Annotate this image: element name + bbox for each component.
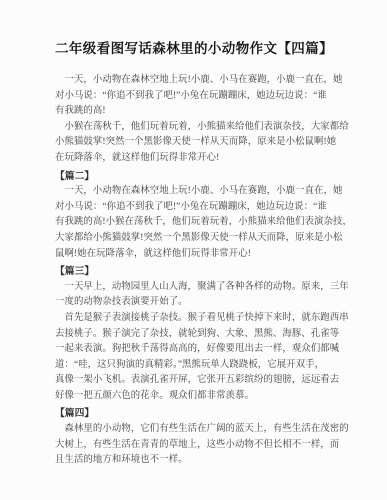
document-page: 二年级看图写话森林里的小动物作文【四篇】 一天，小动物在森林空地上玩!小鹿、小马… (0, 0, 387, 500)
essay-paragraph-6: 森林里的小动物，它们有些生活在广阔的蓝天上，有些生活在茂密的 大树上，有些生活在… (55, 422, 332, 469)
essay-paragraph-2: 小猴在荡秋千，他们玩着玩着，小熊猫来给他们表演杂技，大家都给 小熊猫鼓掌!突然一… (55, 120, 332, 167)
essay-paragraph-4: 一天早上，动物园里人山人海，聚满了各种各样的动物。原来，三年 一度的动物杂技表演… (55, 280, 332, 311)
section-heading-part2: 【篇二】 (55, 169, 332, 185)
essay-paragraph-5: 首先是猴子表演接桃子杂技。猴子看见桃子快掉下来时，就东跑西串 去接桃子。猴子演完… (55, 311, 332, 405)
section-heading-part4: 【篇四】 (55, 406, 332, 422)
essay-title: 二年级看图写话森林里的小动物作文【四篇】 (55, 40, 332, 58)
section-heading-part3: 【篇三】 (55, 264, 332, 280)
essay-paragraph-3: 一天，小动物在森林空地上玩!小鹿、小马在赛跑，小鹿一直在，她 对小马说：“你追不… (55, 184, 332, 262)
essay-paragraph-1: 一天，小动物在森林空地上玩!小鹿、小马在赛跑，小鹿一直在，她 对小马说：“你追不… (55, 73, 332, 120)
